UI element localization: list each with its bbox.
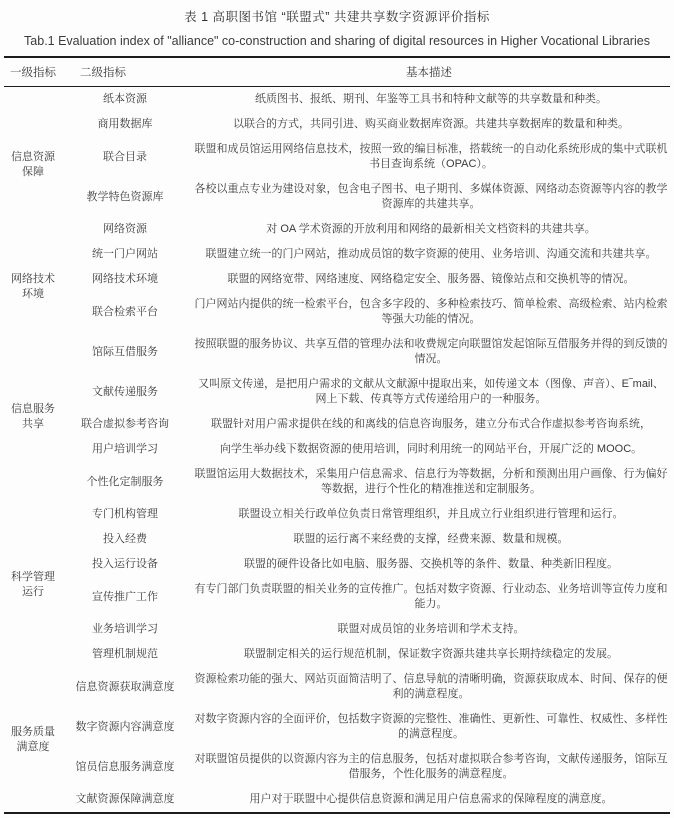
description-cell: 联盟设立相关行政单位负责日常管理组织，并且成立行业组织进行管理和运行。 <box>188 502 670 527</box>
level2-indicator-cell: 投入经费 <box>62 527 188 552</box>
table-caption-zh: 表 1 高职图书馆 “联盟式” 共建共享数字资源评价指标 <box>4 5 670 25</box>
col-header-level1-indicator: 一级指标 <box>4 57 62 87</box>
description-cell: 以联合的方式，共同引进、购买商业数据库资源。共建共享数据库的数量和种类。 <box>188 112 670 137</box>
level2-indicator-cell: 管理机制规范 <box>62 642 188 667</box>
paper-page: 表 1 高职图书馆 “联盟式” 共建共享数字资源评价指标 Tab.1 Evalu… <box>0 0 674 818</box>
level2-indicator-cell: 文献传递服务 <box>62 372 188 412</box>
level2-indicator-cell: 联合虚拟参考咨询 <box>62 412 188 437</box>
table-caption-en: Tab.1 Evaluation index of "alliance" co-… <box>4 34 670 48</box>
level2-indicator-cell: 信息资源获取满意度 <box>62 667 188 707</box>
description-cell: 联盟制定相关的运行规范机制，保证数字资源共建共享长期持续稳定的发展。 <box>188 642 670 667</box>
table-row: 投入经费联盟的运行离不来经费的支撑，经费来源、数量和规模。 <box>4 527 670 552</box>
table-row: 用户培训学习向学生举办线下数据资源的使用培训，同时利用统一的网站平台，开展广泛的… <box>4 437 670 462</box>
level1-indicator-cell: 科学管理运行 <box>4 502 62 667</box>
description-cell: 向学生举办线下数据资源的使用培训，同时利用统一的网站平台，开展广泛的 MOOC。 <box>188 437 670 462</box>
description-cell: 按照联盟的服务协议、共享互借的管理办法和收费规定向联盟馆发起馆际互借服务并得的到… <box>188 332 670 372</box>
description-cell: 联盟的网络宽带、网络速度、网络稳定安全、服务器、镜像站点和交换机等的情况。 <box>188 267 670 292</box>
description-cell: 纸质图书、报纸、期刊、年鉴等工具书和特种文献等的共享数量和种类。 <box>188 87 670 113</box>
level2-indicator-cell: 用户培训学习 <box>62 437 188 462</box>
level2-indicator-cell: 投入运行设备 <box>62 552 188 577</box>
table-row: 宣传推广工作有专门部门负责联盟的相关业务的宣传推广。包括对数字资源、行业动态、业… <box>4 577 670 617</box>
table-row: 服务质量满意度信息资源获取满意度资源检索功能的强大、网站页面简洁明了、信息导航的… <box>4 667 670 707</box>
description-cell: 联盟的运行离不来经费的支撑，经费来源、数量和规模。 <box>188 527 670 552</box>
table-row: 馆员信息服务满意度对联盟馆员提供的以资源内容为主的信息服务，包括对虚拟联合参考咨… <box>4 747 670 787</box>
description-cell: 对联盟馆员提供的以资源内容为主的信息服务，包括对虚拟联合参考咨询，文献传递服务，… <box>188 747 670 787</box>
level2-indicator-cell: 教学特色资源库 <box>62 177 188 217</box>
table-row: 网络技术环境统一门户网站联盟建立统一的门户网站，推动成员馆的数字资源的使用、业务… <box>4 242 670 267</box>
level2-indicator-cell: 业务培训学习 <box>62 617 188 642</box>
description-cell: 有专门部门负责联盟的相关业务的宣传推广。包括对数字资源、行业动态、业务培训等宣传… <box>188 577 670 617</box>
description-cell: 又叫原文传递，是把用户需求的文献从文献源中提取出来，如传递文本（图像、声音）、E… <box>188 372 670 412</box>
level1-indicator-cell: 服务质量满意度 <box>4 667 62 813</box>
table-row: 个性化定制服务联盟馆运用大数据技术，采集用户信息需求、信息行为等数据，分析和预测… <box>4 462 670 502</box>
level2-indicator-cell: 纸本资源 <box>62 87 188 113</box>
description-cell: 资源检索功能的强大、网站页面简洁明了、信息导航的清晰明确，资源获取成本、时间、保… <box>188 667 670 707</box>
table-row: 网络资源对 OA 学术资源的开放利用和网络的最新相关文档资料的共建共享。 <box>4 217 670 242</box>
table-row: 联合目录联盟和成员馆运用网络信息技术，按照一致的编目标准，搭载统一的自动化系统形… <box>4 137 670 177</box>
table-row: 投入运行设备联盟的硬件设备比如电脑、服务器、交换机等的条件、数量、种类新旧程度。 <box>4 552 670 577</box>
description-cell: 联盟针对用户需求提供在线的和离线的信息咨询服务，建立分布式合作虚拟参考咨询系统， <box>188 412 670 437</box>
description-cell: 联盟建立统一的门户网站，推动成员馆的数字资源的使用、业务培训、沟通交流和共建共享… <box>188 242 670 267</box>
level2-indicator-cell: 馆员信息服务满意度 <box>62 747 188 787</box>
level2-indicator-cell: 文献资源保障满意度 <box>62 787 188 813</box>
description-cell: 各校以重点专业为建设对象，包含电子图书、电子期刊、多媒体资源、网络动态资源等内容… <box>188 177 670 217</box>
level2-indicator-cell: 网络技术环境 <box>62 267 188 292</box>
level2-indicator-cell: 个性化定制服务 <box>62 462 188 502</box>
description-cell: 联盟的硬件设备比如电脑、服务器、交换机等的条件、数量、种类新旧程度。 <box>188 552 670 577</box>
level2-indicator-cell: 联合目录 <box>62 137 188 177</box>
table-row: 文献传递服务又叫原文传递，是把用户需求的文献从文献源中提取出来，如传递文本（图像… <box>4 372 670 412</box>
table-row: 网络技术环境联盟的网络宽带、网络速度、网络稳定安全、服务器、镜像站点和交换机等的… <box>4 267 670 292</box>
level2-indicator-cell: 统一门户网站 <box>62 242 188 267</box>
level1-indicator-cell: 信息资源保障 <box>4 87 62 243</box>
table-body: 信息资源保障纸本资源纸质图书、报纸、期刊、年鉴等工具书和特种文献等的共享数量和种… <box>4 87 670 814</box>
table-row: 信息资源保障纸本资源纸质图书、报纸、期刊、年鉴等工具书和特种文献等的共享数量和种… <box>4 87 670 113</box>
description-cell: 对数字资源内容的全面评价，包括数字资源的完整性、准确性、更新性、可靠性、权威性、… <box>188 707 670 747</box>
table-row: 教学特色资源库各校以重点专业为建设对象，包含电子图书、电子期刊、多媒体资源、网络… <box>4 177 670 217</box>
description-cell: 联盟馆运用大数据技术，采集用户信息需求、信息行为等数据，分析和预测出用户画像、行… <box>188 462 670 502</box>
table-row: 联合虚拟参考咨询联盟针对用户需求提供在线的和离线的信息咨询服务，建立分布式合作虚… <box>4 412 670 437</box>
level2-indicator-cell: 商用数据库 <box>62 112 188 137</box>
description-cell: 联盟和成员馆运用网络信息技术，按照一致的编目标准，搭载统一的自动化系统形成的集中… <box>188 137 670 177</box>
description-cell: 对 OA 学术资源的开放利用和网络的最新相关文档资料的共建共享。 <box>188 217 670 242</box>
level2-indicator-cell: 数字资源内容满意度 <box>62 707 188 747</box>
header-row: 一级指标 二级指标 基本描述 <box>4 57 670 87</box>
level2-indicator-cell: 馆际互借服务 <box>62 332 188 372</box>
col-header-level2-indicator: 二级指标 <box>62 57 188 87</box>
level2-indicator-cell: 专门机构管理 <box>62 502 188 527</box>
evaluation-index-table: 一级指标 二级指标 基本描述 信息资源保障纸本资源纸质图书、报纸、期刊、年鉴等工… <box>4 56 670 814</box>
table-row: 数字资源内容满意度对数字资源内容的全面评价，包括数字资源的完整性、准确性、更新性… <box>4 707 670 747</box>
table-row: 联合检索平台门户网站内提供的统一检索平台，包含多字段的、多种检索技巧、简单检索、… <box>4 292 670 332</box>
table-row: 科学管理运行专门机构管理联盟设立相关行政单位负责日常管理组织，并且成立行业组织进… <box>4 502 670 527</box>
description-cell: 门户网站内提供的统一检索平台，包含多字段的、多种检索技巧、简单检索、高级检索、站… <box>188 292 670 332</box>
table-row: 业务培训学习联盟对成员馆的业务培训和学术支持。 <box>4 617 670 642</box>
level1-indicator-cell: 网络技术环境 <box>4 242 62 332</box>
description-cell: 用户对于联盟中心提供信息资源和满足用户信息需求的保障程度的满意度。 <box>188 787 670 813</box>
table-row: 信息服务共享馆际互借服务按照联盟的服务协议、共享互借的管理办法和收费规定向联盟馆… <box>4 332 670 372</box>
level2-indicator-cell: 宣传推广工作 <box>62 577 188 617</box>
level2-indicator-cell: 网络资源 <box>62 217 188 242</box>
level2-indicator-cell: 联合检索平台 <box>62 292 188 332</box>
table-row: 商用数据库以联合的方式，共同引进、购买商业数据库资源。共建共享数据库的数量和种类… <box>4 112 670 137</box>
table-row: 文献资源保障满意度用户对于联盟中心提供信息资源和满足用户信息需求的保障程度的满意… <box>4 787 670 813</box>
col-header-basic-description: 基本描述 <box>188 57 670 87</box>
description-cell: 联盟对成员馆的业务培训和学术支持。 <box>188 617 670 642</box>
table-row: 管理机制规范联盟制定相关的运行规范机制，保证数字资源共建共享长期持续稳定的发展。 <box>4 642 670 667</box>
table-header: 一级指标 二级指标 基本描述 <box>4 57 670 87</box>
level1-indicator-cell: 信息服务共享 <box>4 332 62 502</box>
